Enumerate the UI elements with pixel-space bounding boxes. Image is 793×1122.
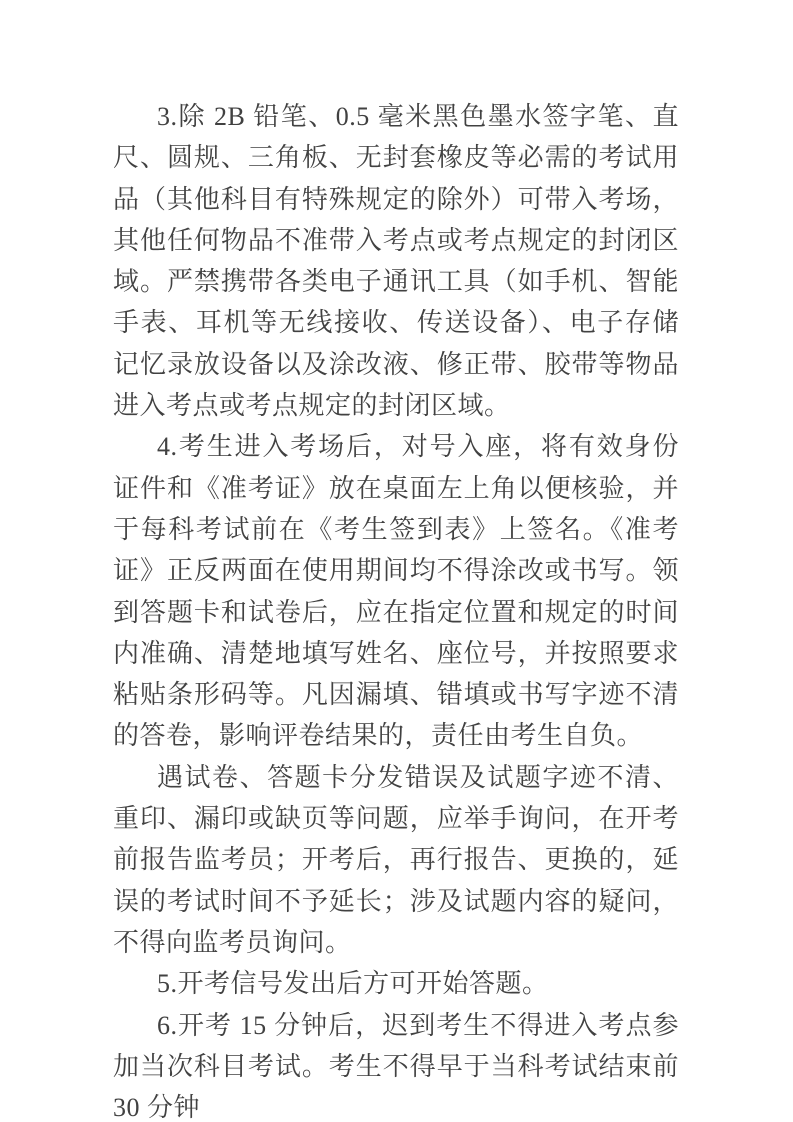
paragraph-rule-6: 6.开考 15 分钟后，迟到考生不得进入考点参加当次科目考试。考生不得早于当科考…	[113, 1005, 679, 1122]
text-block: 3.除 2B 铅笔、0.5 毫米黑色墨水签字笔、直尺、圆规、三角板、无封套橡皮等…	[113, 96, 679, 1122]
paragraph-rule-5: 5.开考信号发出后方可开始答题。	[113, 963, 679, 1004]
document-page: 3.除 2B 铅笔、0.5 毫米黑色墨水签字笔、直尺、圆规、三角板、无封套橡皮等…	[0, 0, 793, 1122]
paragraph-rule-4: 4.考生进入考场后，对号入座，将有效身份证件和《准考证》放在桌面左上角以便核验，…	[113, 426, 679, 756]
paragraph-rule-3: 3.除 2B 铅笔、0.5 毫米黑色墨水签字笔、直尺、圆规、三角板、无封套橡皮等…	[113, 96, 679, 426]
paragraph-rule-4-continued: 遇试卷、答题卡分发错误及试题字迹不清、重印、漏印或缺页等问题，应举手询问，在开考…	[113, 757, 679, 963]
